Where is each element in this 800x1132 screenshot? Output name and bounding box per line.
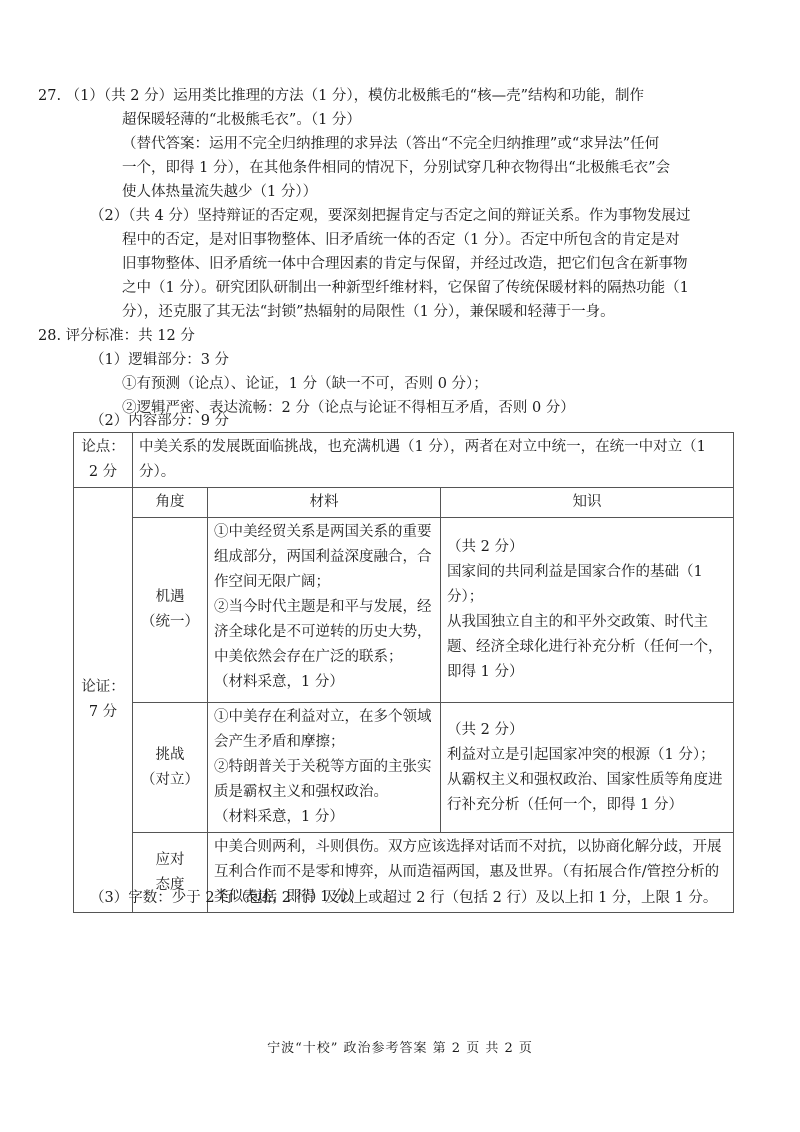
thesis-label: 论点： 2 分 [74, 433, 133, 488]
argument-label-line2: 7 分 [80, 700, 126, 725]
material-note: （材料采意，1 分） [214, 670, 434, 695]
scoring-table: 论点： 2 分 中美关系的发展既面临挑战，也充满机遇（1 分），两者在对立中统一… [73, 432, 734, 913]
q28-content-title: （2）内容部分：9 分 [90, 410, 229, 432]
angle-line2: （统一） [139, 610, 201, 635]
q28-logic-title: （1）逻辑部分：3 分 [90, 349, 229, 371]
thesis-label-line1: 论点： [80, 435, 126, 460]
knowledge-item2: 从霸权主义和强权政治、国家性质等角度进行补充分析（任何一个，即得 1 分） [447, 768, 727, 818]
q27-part2-line3: 旧事物整体、旧矛盾统一体中合理因素的肯定与保留，并经过改造，把它们包含在新事物 [122, 253, 688, 275]
angle-line1: 机遇 [139, 585, 201, 610]
angle-line1: 挑战 [139, 743, 201, 768]
knowledge-challenge: （共 2 分） 利益对立是引起国家冲突的根源（1 分）； 从霸权主义和强权政治、… [441, 703, 734, 833]
q27-alt-line1: （替代答案：运用不完全归纳推理的求异法（答出“不完全归纳推理”或“求异法”任何 [122, 133, 659, 155]
header-angle: 角度 [133, 488, 208, 518]
page-footer: 宁波“十校” 政治参考答案 第 2 页 共 2 页 [0, 1037, 800, 1056]
knowledge-item1: 利益对立是引起国家冲突的根源（1 分）； [447, 743, 727, 768]
material-item2: ②特朗普关于关税等方面的主张实质是霸权主义和强权政治。 [214, 755, 434, 805]
knowledge-item2: 从我国独立自主的和平外交政策、时代主题、经济全球化进行补充分析（任何一个，即得 … [447, 610, 727, 685]
q27-part1-line2: 超保暖轻薄的“北极熊毛衣”。（1 分） [122, 109, 361, 131]
table-row-opportunity: 机遇 （统一） ①中美经贸关系是两国关系的重要组成部分，两国利益深度融合，合作空… [74, 518, 734, 703]
knowledge-opportunity: （共 2 分） 国家间的共同利益是国家合作的基础（1 分）； 从我国独立自主的和… [441, 518, 734, 703]
knowledge-points: （共 2 分） [447, 535, 727, 560]
q27-part2-line5: 分），还克服了其无法“封锁”热辐射的局限性（1 分），兼保暖和轻薄于一身。 [122, 301, 615, 323]
q28-wordcount: （3）字数：少于 2 行（包括 2 行）及以上或超过 2 行（包括 2 行）及以… [90, 887, 717, 909]
material-note: （材料采意，1 分） [214, 805, 434, 830]
table-row-challenge: 挑战 （对立） ①中美存在利益对立，在多个领域会产生矛盾和摩擦； ②特朗普关于关… [74, 703, 734, 833]
q27-part2-line1: （2）（共 4 分）坚持辩证的否定观，要深刻把握肯定与否定之间的辩证关系。作为事… [90, 205, 690, 227]
angle-line1: 应对 [139, 848, 201, 873]
angle-line2: （对立） [139, 768, 201, 793]
q28-title: 28. 评分标准：共 12 分 [38, 325, 195, 347]
q28-logic-item1: ①有预测（论点）、论证，1 分（缺一不可，否则 0 分）； [122, 373, 488, 395]
material-challenge: ①中美存在利益对立，在多个领域会产生矛盾和摩擦； ②特朗普关于关税等方面的主张实… [208, 703, 441, 833]
thesis-label-line2: 2 分 [80, 460, 126, 485]
angle-opportunity: 机遇 （统一） [133, 518, 208, 703]
thesis-row: 论点： 2 分 中美关系的发展既面临挑战，也充满机遇（1 分），两者在对立中统一… [74, 433, 734, 488]
knowledge-points: （共 2 分） [447, 718, 727, 743]
material-opportunity: ①中美经贸关系是两国关系的重要组成部分，两国利益深度融合，合作空间无限广阔； ②… [208, 518, 441, 703]
thesis-text: 中美关系的发展既面临挑战，也充满机遇（1 分），两者在对立中统一，在统一中对立（… [133, 433, 734, 488]
header-knowledge: 知识 [441, 488, 734, 518]
header-material: 材料 [208, 488, 441, 518]
argument-label-line1: 论证： [80, 675, 126, 700]
material-item2: ②当今时代主题是和平与发展，经济全球化是不可逆转的历史大势，中美依然会存在广泛的… [214, 595, 434, 670]
q27-alt-line2: 一个，即得 1 分），在其他条件相同的情况下，分别试穿几种衣物得出“北极熊毛衣”… [122, 157, 670, 179]
q27-alt-line3: 使人体热量流失越少（1 分）） [122, 181, 317, 203]
q27-part1-line1: 27. （1）（共 2 分）运用类比推理的方法（1 分），模仿北极熊毛的“核—壳… [38, 85, 644, 107]
material-item1: ①中美经贸关系是两国关系的重要组成部分，两国利益深度融合，合作空间无限广阔； [214, 520, 434, 595]
knowledge-item1: 国家间的共同利益是国家合作的基础（1 分）； [447, 560, 727, 610]
material-item1: ①中美存在利益对立，在多个领域会产生矛盾和摩擦； [214, 705, 434, 755]
angle-challenge: 挑战 （对立） [133, 703, 208, 833]
q27-part2-line2: 程中的否定，是对旧事物整体、旧矛盾统一体的否定（1 分）。否定中所包含的肯定是对 [122, 229, 680, 251]
q27-part2-line4: 之中（1 分）。研究团队研制出一种新型纤维材料，它保留了传统保暖材料的隔热功能（… [122, 277, 689, 299]
header-row: 论证： 7 分 角度 材料 知识 [74, 488, 734, 518]
argument-label: 论证： 7 分 [74, 488, 133, 913]
